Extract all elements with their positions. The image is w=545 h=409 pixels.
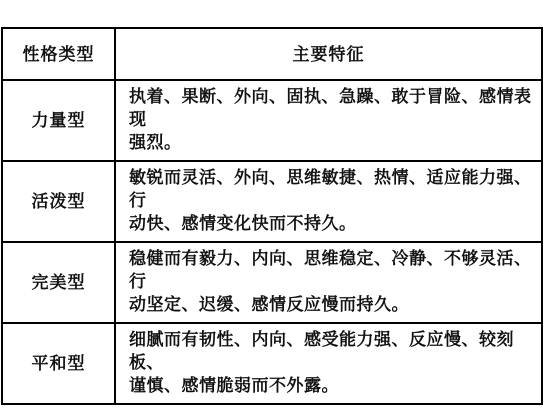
table-row-peaceful: 平和型 细腻而有韧性、内向、感受能力强、反应慢、较刻板、 谨慎、感情脆弱而不外露… xyxy=(2,323,542,404)
traits-cell-lively: 敏锐而灵活、外向、思维敏捷、热情、适应能力强、行 动快、感情变化快而不持久。 xyxy=(115,161,542,242)
page: 性格类型 主要特征 力量型 执着、果断、外向、固执、急躁、敢于冒险、感情表现 强… xyxy=(0,0,545,409)
traits-cell-strength: 执着、果断、外向、固执、急躁、敢于冒险、感情表现 强烈。 xyxy=(115,80,542,161)
type-cell-strength: 力量型 xyxy=(2,80,115,161)
table-row-strength: 力量型 执着、果断、外向、固执、急躁、敢于冒险、感情表现 强烈。 xyxy=(2,80,542,161)
column-header-main-traits: 主要特征 xyxy=(115,28,542,80)
type-cell-lively: 活泼型 xyxy=(2,161,115,242)
type-cell-perfect: 完美型 xyxy=(2,242,115,323)
type-cell-peaceful: 平和型 xyxy=(2,323,115,404)
traits-cell-peaceful: 细腻而有韧性、内向、感受能力强、反应慢、较刻板、 谨慎、感情脆弱而不外露。 xyxy=(115,323,542,404)
traits-cell-perfect: 稳健而有毅力、内向、思维稳定、冷静、不够灵活、行 动坚定、迟缓、感情反应慢而持久… xyxy=(115,242,542,323)
personality-traits-table: 性格类型 主要特征 力量型 执着、果断、外向、固执、急躁、敢于冒险、感情表现 强… xyxy=(1,27,543,405)
table-header-row: 性格类型 主要特征 xyxy=(2,28,542,80)
table-row-lively: 活泼型 敏锐而灵活、外向、思维敏捷、热情、适应能力强、行 动快、感情变化快而不持… xyxy=(2,161,542,242)
column-header-personality-type: 性格类型 xyxy=(2,28,115,80)
table-row-perfect: 完美型 稳健而有毅力、内向、思维稳定、冷静、不够灵活、行 动坚定、迟缓、感情反应… xyxy=(2,242,542,323)
